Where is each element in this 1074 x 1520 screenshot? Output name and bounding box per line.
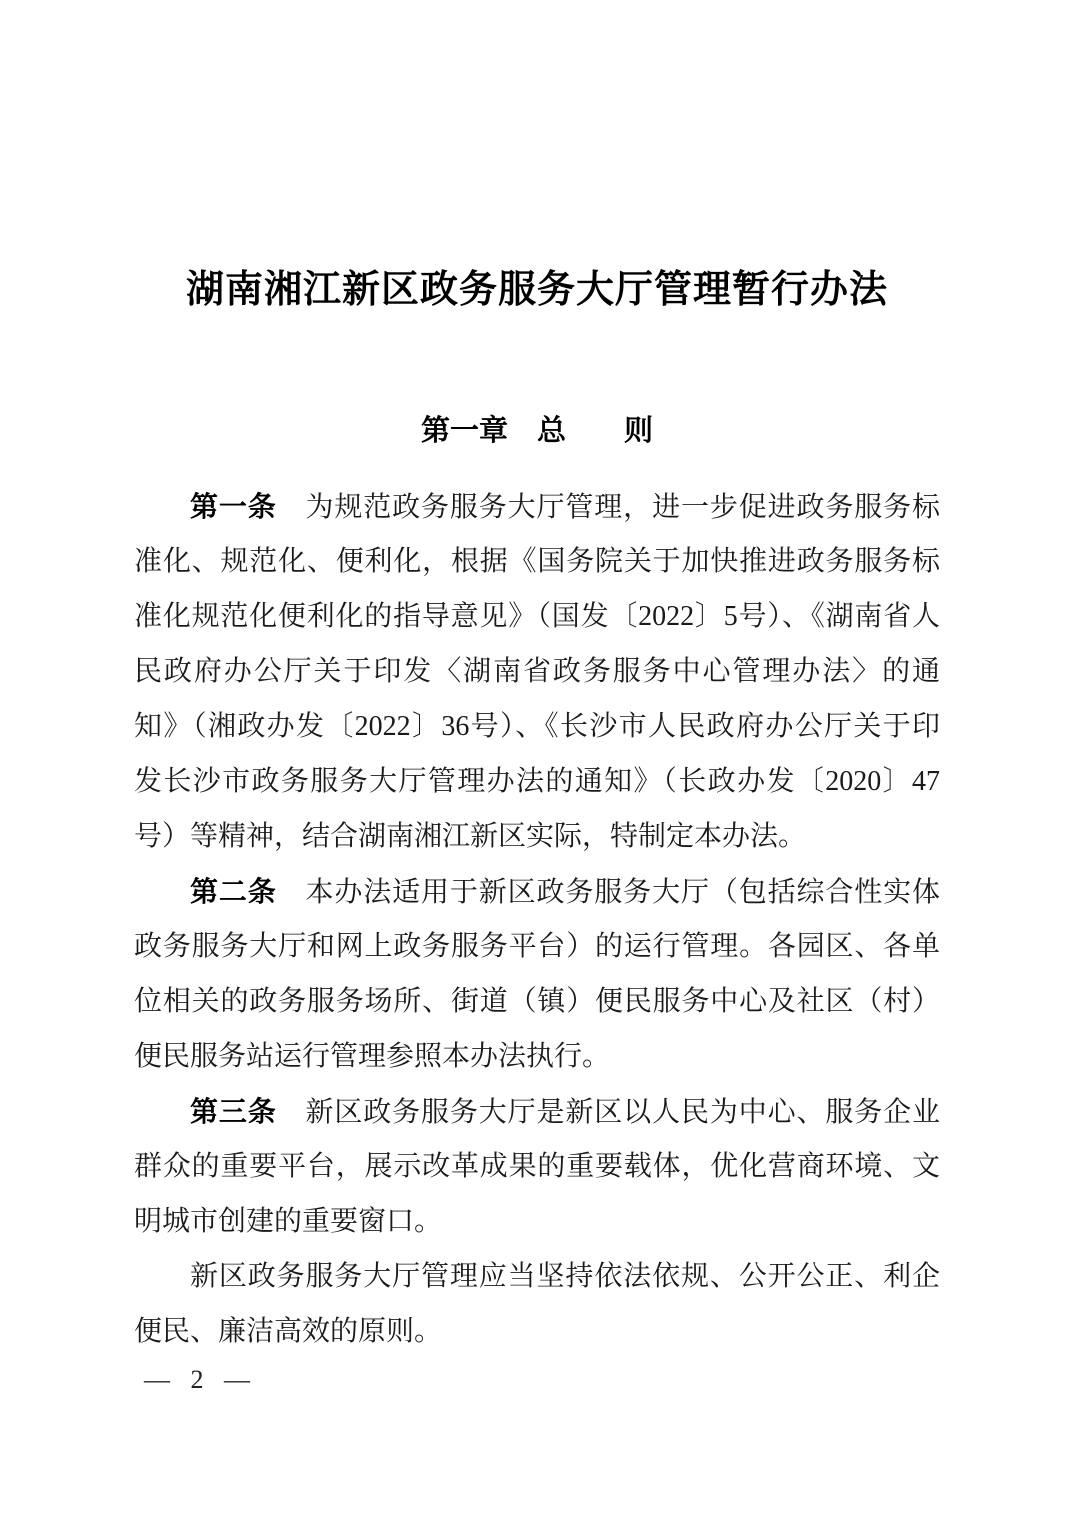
page-number: — 2 — — [144, 1365, 940, 1395]
document-page: 湖南湘江新区政务服务大厅管理暂行办法 第一章 总 则 第一条 为规范政务服务大厅… — [0, 0, 1074, 1520]
body-line-text: 为规范政务服务大厅管理，进一步促进政务服务标 — [277, 492, 940, 523]
document-body: 第一条 为规范政务服务大厅管理，进一步促进政务服务标 准化、规范化、便利化，根据… — [134, 479, 940, 1359]
body-line: 发长沙市政务服务大厅管理办法的通知》（长政办发〔2020〕47 — [134, 754, 940, 809]
body-line-text: 新区政务服务大厅是新区以人民为中心、服务企业 — [277, 1097, 940, 1128]
body-line: 群众的重要平台，展示改革成果的重要载体，优化营商环境、文 — [134, 1139, 940, 1194]
body-line: 第一条 为规范政务服务大厅管理，进一步促进政务服务标 — [134, 479, 940, 534]
body-line-text: 便民服务站运行管理参照本办法执行。 — [134, 1041, 610, 1072]
body-line: 民政府办公厅关于印发〈湖南省政务服务中心管理办法〉的通 — [134, 644, 940, 699]
article-number: 第一条 — [190, 491, 277, 522]
body-line: 准化规范化便利化的指导意见》（国发〔2022〕5号）、《湖南省人 — [134, 589, 940, 644]
body-line-text: 号）等精神，结合湖南湘江新区实际，特制定本办法。 — [134, 821, 806, 852]
chapter-heading: 第一章 总 则 — [134, 413, 940, 449]
body-line: 位相关的政务服务场所、街道（镇）便民服务中心及社区（村） — [134, 974, 940, 1029]
body-line-text: 明城市创建的重要窗口。 — [134, 1206, 442, 1237]
body-line: 知》（湘政办发〔2022〕36号）、《长沙市人民政府办公厅关于印 — [134, 699, 940, 754]
body-line-text: 本办法适用于新区政务服务大厅（包括综合性实体 — [277, 877, 940, 908]
body-line: 号）等精神，结合湖南湘江新区实际，特制定本办法。 — [134, 809, 940, 864]
body-line-text: 民政府办公厅关于印发〈湖南省政务服务中心管理办法〉的通 — [134, 656, 940, 687]
body-line-text: 新区政务服务大厅管理应当坚持依法依规、公开公正、利企 — [190, 1261, 940, 1292]
document-title: 湖南湘江新区政务服务大厅管理暂行办法 — [134, 0, 940, 312]
body-line-text: 便民、廉洁高效的原则。 — [134, 1316, 442, 1347]
body-line: 第二条 本办法适用于新区政务服务大厅（包括综合性实体 — [134, 864, 940, 919]
body-line: 第三条 新区政务服务大厅是新区以人民为中心、服务企业 — [134, 1084, 940, 1139]
body-line-text: 准化、规范化、便利化，根据《国务院关于加快推进政务服务标 — [134, 546, 940, 577]
body-line-text: 群众的重要平台，展示改革成果的重要载体，优化营商环境、文 — [134, 1151, 940, 1182]
body-line: 便民、廉洁高效的原则。 — [134, 1304, 940, 1359]
body-line-text: 知》（湘政办发〔2022〕36号）、《长沙市人民政府办公厅关于印 — [134, 711, 940, 742]
body-line: 便民服务站运行管理参照本办法执行。 — [134, 1029, 940, 1084]
article-number: 第三条 — [190, 1096, 277, 1127]
body-line-text: 政务服务大厅和网上政务服务平台）的运行管理。各园区、各单 — [134, 931, 940, 962]
body-line-text: 发长沙市政务服务大厅管理办法的通知》（长政办发〔2020〕47 — [134, 766, 940, 797]
body-line: 新区政务服务大厅管理应当坚持依法依规、公开公正、利企 — [134, 1249, 940, 1304]
body-line: 政务服务大厅和网上政务服务平台）的运行管理。各园区、各单 — [134, 919, 940, 974]
body-line: 准化、规范化、便利化，根据《国务院关于加快推进政务服务标 — [134, 534, 940, 589]
body-line: 明城市创建的重要窗口。 — [134, 1194, 940, 1249]
body-line-text: 位相关的政务服务场所、街道（镇）便民服务中心及社区（村） — [134, 986, 940, 1017]
document-content: 湖南湘江新区政务服务大厅管理暂行办法 第一章 总 则 第一条 为规范政务服务大厅… — [0, 0, 1074, 1395]
article-number: 第二条 — [190, 876, 277, 907]
body-line-text: 准化规范化便利化的指导意见》（国发〔2022〕5号）、《湖南省人 — [134, 601, 940, 632]
